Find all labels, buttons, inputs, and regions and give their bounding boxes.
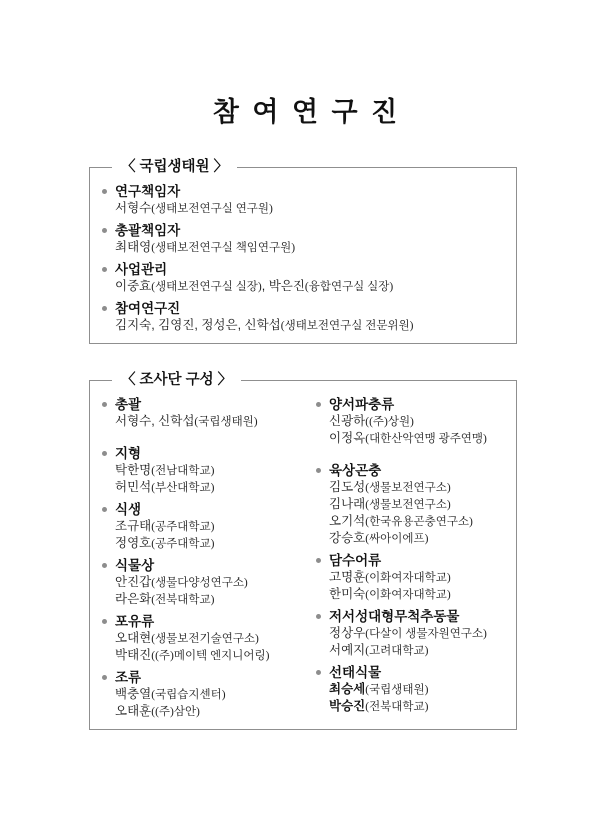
member-line: 신광하((주)상원) (329, 413, 506, 430)
member-name: 강승호 (329, 531, 365, 545)
item-content: 육상곤충김도성(생물보전연구소)김나래(생물보전연구소)오기석(한국유용곤충연구… (329, 462, 506, 547)
member-line: 허민석(부산대학교) (115, 479, 308, 496)
member-name: 정상우 (329, 626, 365, 640)
member-name: 조규태 (115, 519, 151, 533)
member-line: 조규태(공주대학교) (115, 518, 308, 535)
bullet-icon (102, 267, 107, 272)
member-name: 최승세 (329, 682, 365, 696)
research-item: 육상곤충김도성(생물보전연구소)김나래(생물보전연구소)오기석(한국유용곤충연구… (316, 462, 506, 547)
item-header: 총괄 (115, 396, 308, 413)
member-affiliation: (생물보전연구소) (365, 499, 450, 511)
member-name: 탁한명 (115, 463, 151, 477)
item-content: 포유류오대현(생물보전기술연구소)박태진((주)메이텍 엔지니어링) (115, 613, 308, 664)
member-affiliation: (생물보전연구소) (365, 482, 450, 494)
member-line: 안진갑(생물다양성연구소) (115, 574, 308, 591)
member-name: 라은화 (115, 592, 151, 606)
research-item: 총괄서형수, 신학섭(국립생태원) (102, 396, 308, 430)
member-line: 서형수(생태보전연구실 연구원) (115, 200, 308, 217)
item-content: 식물상안진갑(생물다양성연구소)라은화(전북대학교) (115, 557, 308, 608)
member-name: 오기석 (329, 514, 365, 528)
bullet-icon (102, 189, 107, 194)
member-affiliation: (생태보전연구실 책임연구원) (151, 242, 295, 254)
research-item: 지형탁한명(전남대학교)허민석(부산대학교) (102, 445, 308, 496)
item-header: 총괄책임자 (115, 222, 308, 239)
member-affiliation: (이화여자대학교) (365, 572, 450, 584)
member-affiliation: ((주)메이텍 엔지니어링) (151, 650, 269, 662)
research-item: 참여연구진김지숙, 김영진, 정성은, 신학섭(생태보전연구실 전문위원) (102, 300, 308, 334)
member-line: 라은화(전북대학교) (115, 591, 308, 608)
item-content: 저서성대형무척추동물정상우(다살이 생물자원연구소)서예지(고려대학교) (329, 608, 506, 659)
member-line: 김나래(생물보전연구소) (329, 496, 506, 513)
member-name: 최태영 (115, 240, 151, 254)
item-content: 참여연구진김지숙, 김영진, 정성은, 신학섭(생태보전연구실 전문위원) (115, 300, 308, 334)
bullet-icon (102, 402, 107, 407)
member-name: 박태진 (115, 648, 151, 662)
member-line: 이중효(생태보전연구실 실장), 박은진(융합연구실 실장) (115, 278, 308, 295)
item-header: 사업관리 (115, 261, 308, 278)
member-affiliation: ((주)삼안) (151, 706, 200, 718)
member-line: 서예지(고려대학교) (329, 642, 506, 659)
member-affiliation: (국립생태원) (365, 684, 428, 696)
member-name: 박승진 (329, 699, 365, 713)
column-0: 총괄서형수, 신학섭(국립생태원)지형탁한명(전남대학교)허민석(부산대학교)식… (102, 396, 308, 720)
member-line: 서형수, 신학섭(국립생태원) (115, 413, 308, 430)
member-affiliation: (융합연구실 실장) (305, 281, 393, 293)
member-line: 박태진((주)메이텍 엔지니어링) (115, 647, 308, 664)
member-name: 김도성 (329, 480, 365, 494)
member-name: 신광하 (329, 414, 365, 428)
bullet-icon (102, 306, 107, 311)
member-affiliation: (다살이 생물자원연구소) (365, 628, 487, 640)
member-name: 안진갑 (115, 575, 151, 589)
member-affiliation: (공주대학교) (151, 538, 214, 550)
member-name: 서예지 (329, 643, 365, 657)
item-content: 선태식물최승세(국립생태원)박승진(전북대학교) (329, 664, 506, 715)
item-header: 조류 (115, 669, 308, 686)
item-content: 총괄서형수, 신학섭(국립생태원) (115, 396, 308, 430)
item-content: 식생조규태(공주대학교)정영호(공주대학교) (115, 501, 308, 552)
member-name: 고명훈 (329, 570, 365, 584)
member-affiliation: (생태보전연구실 연구원) (151, 203, 273, 215)
research-item: 사업관리이중효(생태보전연구실 실장), 박은진(융합연구실 실장) (102, 261, 308, 295)
member-line: 오대현(생물보전기술연구소) (115, 630, 308, 647)
item-header: 포유류 (115, 613, 308, 630)
member-name: 정영호 (115, 536, 151, 550)
member-affiliation: (전북대학교) (151, 594, 214, 606)
member-name: 오대현 (115, 631, 151, 645)
member-affiliation: (고려대학교) (365, 645, 428, 657)
research-item: 포유류오대현(생물보전기술연구소)박태진((주)메이텍 엔지니어링) (102, 613, 308, 664)
item-content: 사업관리이중효(생태보전연구실 실장), 박은진(융합연구실 실장) (115, 261, 308, 295)
research-item: 양서파충류신광하((주)상원)이정옥(대한산악연맹 광주연맹) (316, 396, 506, 447)
section-body: 연구책임자서형수(생태보전연구실 연구원)총괄책임자최태영(생태보전연구실 책임… (102, 183, 506, 334)
section-legend-national-institute: 〈 국립생태원 〉 (112, 157, 237, 178)
section-survey-team-composition: 〈 조사단 구성 〉 총괄서형수, 신학섭(국립생태원)지형탁한명(전남대학교)… (89, 380, 517, 730)
bullet-icon (102, 563, 107, 568)
document-page: 참 여 연 구 진 〈 국립생태원 〉 연구책임자서형수(생태보전연구실 연구원… (0, 97, 613, 730)
item-header: 선태식물 (329, 664, 506, 681)
item-header: 담수어류 (329, 552, 506, 569)
member-name: , 박은진 (262, 279, 305, 293)
member-name: 서형수, 신학섭 (115, 414, 194, 428)
item-content: 지형탁한명(전남대학교)허민석(부산대학교) (115, 445, 308, 496)
member-name: 김나래 (329, 497, 365, 511)
item-header: 저서성대형무척추동물 (329, 608, 506, 625)
bullet-icon (316, 402, 321, 407)
research-item: 연구책임자서형수(생태보전연구실 연구원) (102, 183, 308, 217)
item-header: 지형 (115, 445, 308, 462)
bullet-icon (316, 558, 321, 563)
member-line: 이정옥(대한산악연맹 광주연맹) (329, 430, 506, 447)
member-name: 허민석 (115, 480, 151, 494)
member-affiliation: (생태보전연구실 전문위원) (281, 320, 414, 332)
item-header: 참여연구진 (115, 300, 308, 317)
bullet-icon (102, 619, 107, 624)
member-affiliation: (공주대학교) (151, 521, 214, 533)
section-national-institute-of-ecology: 〈 국립생태원 〉 연구책임자서형수(생태보전연구실 연구원)총괄책임자최태영(… (89, 167, 517, 344)
member-affiliation: (부산대학교) (151, 482, 214, 494)
member-affiliation: (생물보전기술연구소) (151, 633, 259, 645)
bullet-icon (102, 228, 107, 233)
item-content: 조류백충열(국립습지센터)오태훈((주)삼안) (115, 669, 308, 720)
member-affiliation: (한국유용곤충연구소) (365, 516, 473, 528)
section-legend-survey-team: 〈 조사단 구성 〉 (112, 370, 241, 391)
research-item: 총괄책임자최태영(생태보전연구실 책임연구원) (102, 222, 308, 256)
item-header: 양서파충류 (329, 396, 506, 413)
bullet-icon (316, 614, 321, 619)
item-content: 담수어류고명훈(이화여자대학교)한미숙(이화여자대학교) (329, 552, 506, 603)
member-line: 탁한명(전남대학교) (115, 462, 308, 479)
member-affiliation: (전북대학교) (365, 701, 428, 713)
research-item: 선태식물최승세(국립생태원)박승진(전북대학교) (316, 664, 506, 715)
member-affiliation: (생태보전연구실 실장) (151, 281, 262, 293)
bullet-icon (102, 507, 107, 512)
bullet-icon (316, 670, 321, 675)
member-line: 오기석(한국유용곤충연구소) (329, 513, 506, 530)
member-line: 박승진(전북대학교) (329, 698, 506, 715)
item-header: 연구책임자 (115, 183, 308, 200)
member-line: 김지숙, 김영진, 정성은, 신학섭(생태보전연구실 전문위원) (115, 317, 308, 334)
research-item: 담수어류고명훈(이화여자대학교)한미숙(이화여자대학교) (316, 552, 506, 603)
page-title: 참 여 연 구 진 (0, 97, 613, 127)
research-item: 저서성대형무척추동물정상우(다살이 생물자원연구소)서예지(고려대학교) (316, 608, 506, 659)
member-line: 최태영(생태보전연구실 책임연구원) (115, 239, 308, 256)
member-affiliation: (대한산악연맹 광주연맹) (365, 433, 487, 445)
member-line: 정영호(공주대학교) (115, 535, 308, 552)
column-0: 연구책임자서형수(생태보전연구실 연구원)총괄책임자최태영(생태보전연구실 책임… (102, 183, 308, 334)
member-name: 백충열 (115, 687, 151, 701)
member-name: 한미숙 (329, 587, 365, 601)
research-item: 조류백충열(국립습지센터)오태훈((주)삼안) (102, 669, 308, 720)
bullet-icon (102, 675, 107, 680)
member-line: 정상우(다살이 생물자원연구소) (329, 625, 506, 642)
column-1: 양서파충류신광하((주)상원)이정옥(대한산악연맹 광주연맹)육상곤충김도성(생… (316, 396, 506, 715)
member-affiliation: ((주)상원) (365, 416, 414, 428)
item-header: 식물상 (115, 557, 308, 574)
member-affiliation: (국립습지센터) (151, 689, 225, 701)
section-body: 총괄서형수, 신학섭(국립생태원)지형탁한명(전남대학교)허민석(부산대학교)식… (102, 396, 506, 720)
item-content: 양서파충류신광하((주)상원)이정옥(대한산악연맹 광주연맹) (329, 396, 506, 447)
member-affiliation: (생물다양성연구소) (151, 577, 248, 589)
item-header: 식생 (115, 501, 308, 518)
research-item: 식물상안진갑(생물다양성연구소)라은화(전북대학교) (102, 557, 308, 608)
bullet-icon (102, 451, 107, 456)
member-line: 고명훈(이화여자대학교) (329, 569, 506, 586)
member-line: 백충열(국립습지센터) (115, 686, 308, 703)
member-line: 강승호(싸아이에프) (329, 530, 506, 547)
member-affiliation: (싸아이에프) (365, 533, 428, 545)
item-header: 육상곤충 (329, 462, 506, 479)
item-content: 총괄책임자최태영(생태보전연구실 책임연구원) (115, 222, 308, 256)
member-name: 서형수 (115, 201, 151, 215)
bullet-icon (316, 468, 321, 473)
item-content: 연구책임자서형수(생태보전연구실 연구원) (115, 183, 308, 217)
member-name: 이중효 (115, 279, 151, 293)
member-name: 오태훈 (115, 704, 151, 718)
member-name: 김지숙, 김영진, 정성은, 신학섭 (115, 318, 281, 332)
member-affiliation: (국립생태원) (194, 416, 257, 428)
member-line: 오태훈((주)삼안) (115, 703, 308, 720)
research-item: 식생조규태(공주대학교)정영호(공주대학교) (102, 501, 308, 552)
member-name: 이정옥 (329, 431, 365, 445)
member-line: 최승세(국립생태원) (329, 681, 506, 698)
member-affiliation: (전남대학교) (151, 465, 214, 477)
member-line: 한미숙(이화여자대학교) (329, 586, 506, 603)
member-line: 김도성(생물보전연구소) (329, 479, 506, 496)
member-affiliation: (이화여자대학교) (365, 589, 450, 601)
